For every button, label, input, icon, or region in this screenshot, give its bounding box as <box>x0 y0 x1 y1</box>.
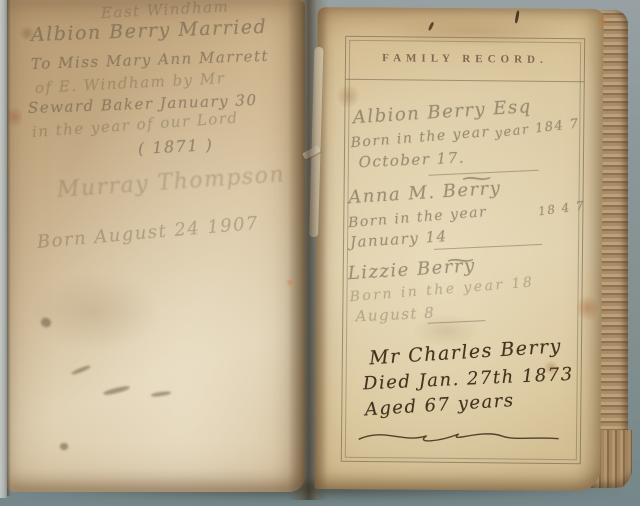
ink-smudge <box>39 316 52 329</box>
photograph-of-open-book: East Windham Albion Berry Married To Mis… <box>0 0 640 506</box>
family-record-page: FAMILY RECORD. Albion Berry Esq Born in … <box>314 7 603 491</box>
ink-smudge <box>151 391 171 398</box>
handwritten-line: Born August 24 1907 <box>36 213 260 253</box>
left-page: East Windham Albion Berry Married To Mis… <box>5 0 305 492</box>
ink-smudge <box>60 443 68 450</box>
stain <box>29 272 159 352</box>
handwritten-line: East Windham <box>101 0 230 22</box>
handwritten-line: Albion Berry Married <box>31 16 268 46</box>
cover-edge <box>0 0 7 498</box>
handwritten-line: To Miss Mary Ann Marrett <box>31 47 270 73</box>
ink-smudge <box>103 385 130 396</box>
handwritten-line: of E. Windham by Mr <box>35 69 226 97</box>
printed-border-inner <box>345 40 581 460</box>
torn-page-edge <box>309 47 323 237</box>
printed-border: FAMILY RECORD. <box>341 36 585 464</box>
handwritten-line: Murray Thompson <box>56 162 286 203</box>
ink-smudge <box>71 364 91 375</box>
ink-mark <box>514 10 519 23</box>
cover-edge-shadow <box>7 0 11 496</box>
handwritten-line: in the year of our Lord <box>31 109 239 141</box>
family-record-header: FAMILY RECORD. <box>346 37 584 82</box>
family-record-title: FAMILY RECORD. <box>346 52 584 66</box>
stain <box>19 26 35 41</box>
handwritten-line: ( 1871 ) <box>138 135 214 158</box>
ink-mark <box>428 22 435 31</box>
ink-flourish <box>355 423 565 450</box>
handwritten-line: Seward Baker January 30 <box>28 91 258 117</box>
